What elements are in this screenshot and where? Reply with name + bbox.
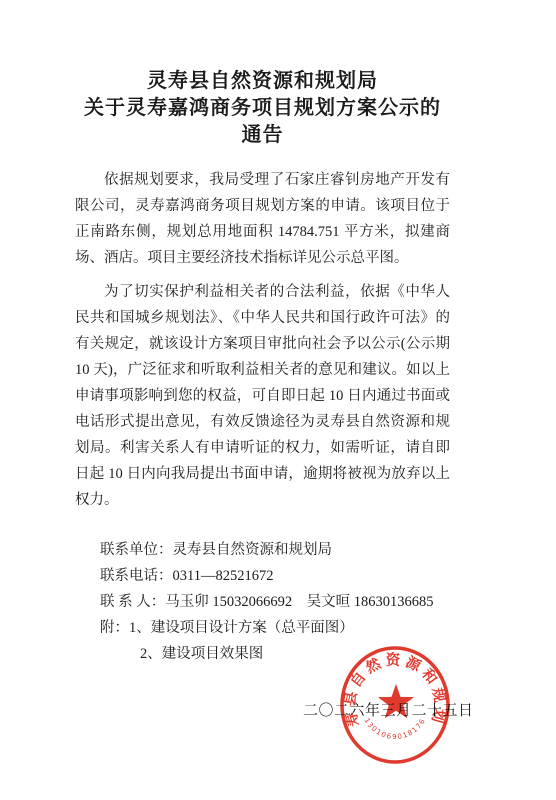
notice-body: 依据规划要求，我局受理了石家庄睿钊房地产开发有限公司，灵寿嘉鸿商务项目规划方案的… xyxy=(75,167,450,513)
title-line-1: 灵寿县自然资源和规划局 xyxy=(75,68,450,95)
svg-text:1301069018176: 1301069018176 xyxy=(362,717,427,741)
paragraph-2: 为了切实保护利益相关者的合法利益，依据《中华人民共和国城乡规划法》、《中华人民共… xyxy=(75,279,450,513)
contact-unit-value: 灵寿县自然资源和规划局 xyxy=(173,542,333,558)
seal-code: 1301069018176 xyxy=(362,717,427,741)
notice-title: 灵寿县自然资源和规划局 关于灵寿嘉鸿商务项目规划方案公示的 通告 xyxy=(75,68,450,149)
issue-date: 二〇二六年三月二十五日 xyxy=(303,699,474,720)
contact-row-phone: 联系电话：0311—82521672 xyxy=(100,563,450,589)
contact-row-unit: 联系单位：灵寿县自然资源和规划局 xyxy=(100,537,450,563)
contact-person-value: 马玉卯 15032066692 吴文晅 18630136685 xyxy=(165,594,433,610)
document-page: 灵寿县自然资源和规划局 关于灵寿嘉鸿商务项目规划方案公示的 通告 依据规划要求，… xyxy=(0,0,556,800)
contact-phone-value: 0311—82521672 xyxy=(173,568,274,584)
attachments-row-1: 附：1、建设项目设计方案（总平面图） xyxy=(100,615,450,641)
contact-row-person: 联 系 人：马玉卯 15032066692 吴文晅 18630136685 xyxy=(100,589,450,615)
notice-content: 灵寿县自然资源和规划局 关于灵寿嘉鸿商务项目规划方案公示的 通告 依据规划要求，… xyxy=(75,68,450,667)
attachment-label: 附： xyxy=(100,620,129,636)
attachment-item-1: 1、建设项目设计方案（总平面图） xyxy=(129,620,354,636)
contact-unit-label: 联系单位： xyxy=(100,542,173,558)
contact-block: 联系单位：灵寿县自然资源和规划局 联系电话：0311—82521672 联 系 … xyxy=(100,537,450,667)
attachments-row-2: 2、建设项目效果图 xyxy=(140,641,450,667)
paragraph-1: 依据规划要求，我局受理了石家庄睿钊房地产开发有限公司，灵寿嘉鸿商务项目规划方案的… xyxy=(75,167,450,271)
contact-phone-label: 联系电话： xyxy=(100,568,173,584)
contact-person-label: 联 系 人： xyxy=(100,594,165,610)
attachment-item-2: 2、建设项目效果图 xyxy=(140,646,263,662)
title-line-3: 通告 xyxy=(75,122,450,149)
title-line-2: 关于灵寿嘉鸿商务项目规划方案公示的 xyxy=(75,95,450,122)
